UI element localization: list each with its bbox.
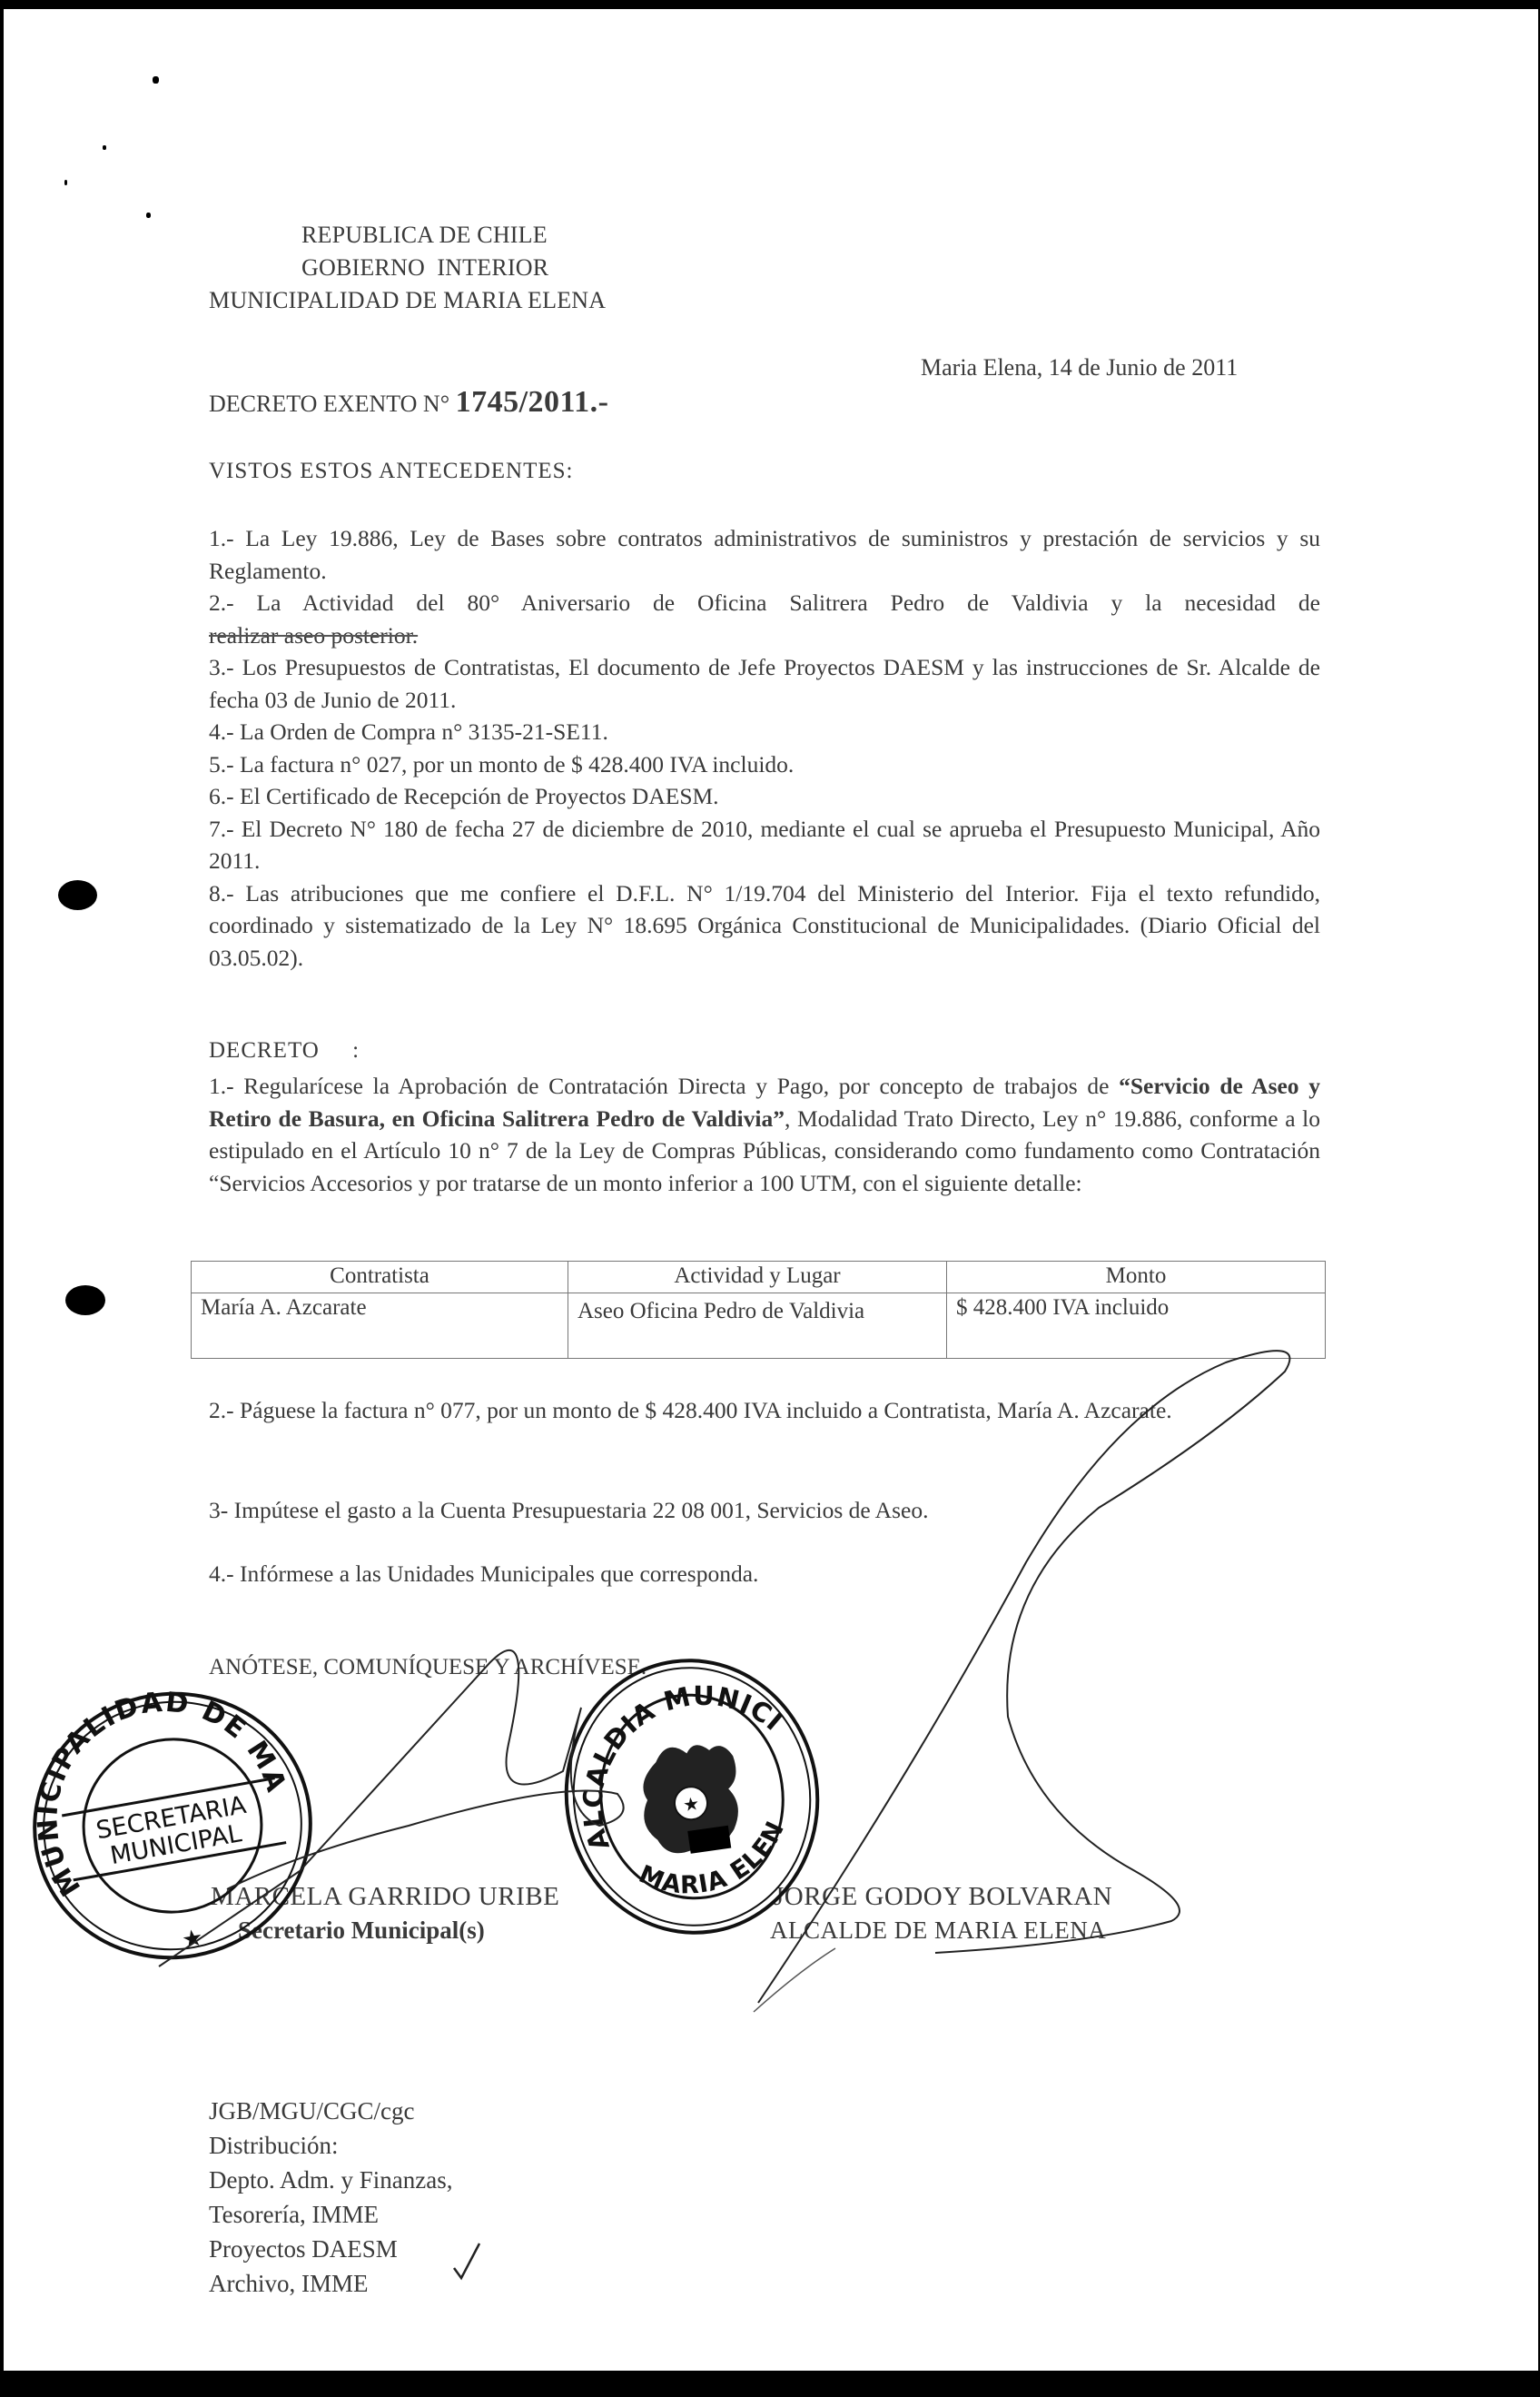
decreto-item-1-text: 1.- Regularícese la Aprobación de Contra… <box>209 1073 1119 1099</box>
table-header-row: Contratista Actividad y Lugar Monto <box>192 1262 1326 1293</box>
document-date: Maria Elena, 14 de Junio de 2011 <box>921 354 1238 381</box>
reference-initials: JGB/MGU/CGC/cgc <box>209 2094 452 2128</box>
closing-formula: ANÓTESE, COMUNÍQUESE Y ARCHÍVESE. <box>209 1655 647 1680</box>
vistos-heading: VISTOS ESTOS ANTECEDENTES: <box>209 459 574 484</box>
header-gobierno: GOBIERNO INTERIOR <box>301 253 548 282</box>
footer-block: JGB/MGU/CGC/cgc Distribución: Depto. Adm… <box>209 2094 452 2301</box>
vistos-list: 1.- La Ley 19.886, Ley de Bases sobre co… <box>209 522 1320 974</box>
visto-item-5: 5.- La factura n° 027, por un monto de $… <box>209 748 1320 781</box>
scan-speck <box>153 76 159 84</box>
distribution-item: Archivo, IMME <box>209 2266 452 2301</box>
visto-item-2-cont: realizar aseo posterior. <box>209 619 1320 652</box>
decree-label: DECRETO EXENTO N° <box>209 391 449 417</box>
col-header-monto: Monto <box>947 1262 1326 1293</box>
punch-hole-bottom <box>65 1285 105 1315</box>
signatory-left-name: MARCELA GARRIDO URIBE <box>211 1882 559 1912</box>
header-republica: REPUBLICA DE CHILE <box>301 221 548 249</box>
visto-item-8: 8.- Las atribuciones que me confiere el … <box>209 877 1320 975</box>
scan-speck <box>64 180 67 185</box>
decree-title: DECRETO EXENTO N° 1745/2011.- <box>209 385 609 420</box>
decree-number: 1745/2011.- <box>456 385 609 419</box>
col-header-actividad: Actividad y Lugar <box>568 1262 947 1293</box>
table-row: María A. Azcarate Aseo Oficina Pedro de … <box>192 1293 1326 1359</box>
distribution-label: Distribución: <box>209 2128 452 2163</box>
header-municipalidad: MUNICIPALIDAD DE MARIA ELENA <box>209 286 606 314</box>
distribution-item: Depto. Adm. y Finanzas, <box>209 2163 452 2197</box>
visto-item-3: 3.- Los Presupuestos de Contratistas, El… <box>209 651 1320 716</box>
visto-item-1: 1.- La Ley 19.886, Ley de Bases sobre co… <box>209 522 1320 587</box>
cell-monto: $ 428.400 IVA incluido <box>947 1293 1326 1359</box>
decreto-item-1: 1.- Regularícese la Aprobación de Contra… <box>209 1070 1320 1199</box>
detail-table: Contratista Actividad y Lugar Monto Marí… <box>191 1261 1326 1359</box>
decreto-item-3: 3- Impútese el gasto a la Cuenta Presupu… <box>209 1494 1320 1527</box>
scan-speck <box>103 145 106 150</box>
signatory-right-name: JORGE GODOY BOLVARAN <box>774 1882 1112 1912</box>
decreto-item-2: 2.- Páguese la factura n° 077, por un mo… <box>209 1394 1320 1427</box>
signatory-right-role: ALCALDE DE MARIA ELENA <box>770 1917 1106 1945</box>
visto-item-4: 4.- La Orden de Compra n° 3135-21-SE11. <box>209 716 1320 748</box>
distribution-item: Tesorería, IMME <box>209 2197 452 2232</box>
visto-item-2: 2.- La Actividad del 80° Aniversario de … <box>209 587 1320 619</box>
col-header-contratista: Contratista <box>192 1262 568 1293</box>
decreto-item-4: 4.- Infórmese a las Unidades Municipales… <box>209 1558 1320 1590</box>
visto-item-7: 7.- El Decreto N° 180 de fecha 27 de dic… <box>209 813 1320 877</box>
visto-item-6: 6.- El Certificado de Recepción de Proye… <box>209 780 1320 813</box>
decreto-heading: DECRETO : <box>209 1038 360 1064</box>
signatory-left-role: Secretario Municipal(s) <box>238 1917 485 1945</box>
cell-actividad: Aseo Oficina Pedro de Valdivia <box>568 1293 947 1359</box>
scan-speck <box>146 213 151 218</box>
punch-hole-top <box>58 880 97 910</box>
distribution-item: Proyectos DAESM <box>209 2232 452 2266</box>
cell-contratista: María A. Azcarate <box>192 1293 568 1359</box>
